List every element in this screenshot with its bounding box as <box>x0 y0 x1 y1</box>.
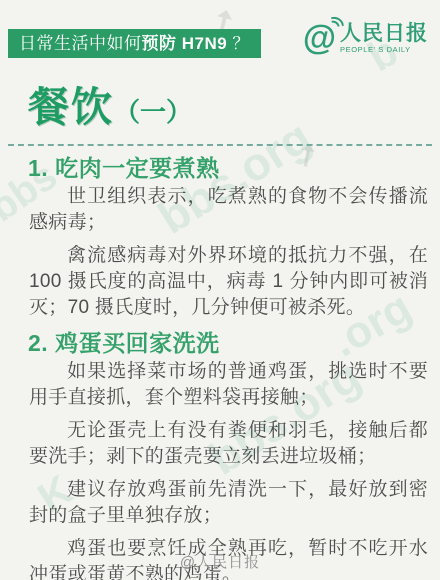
footer-credit: @人民日报 <box>0 551 440 572</box>
logo-subtitle: PEOPLE' S DAILY <box>340 45 428 54</box>
tip-paragraph: 世卫组织表示，吃煮熟的食物不会传播流感病毒； <box>29 184 428 236</box>
dashed-divider <box>8 144 432 146</box>
tip-paragraph: 无论蛋壳上有没有粪便和羽毛，接触后都要洗手；剥下的蛋壳要立刻丢进垃圾桶； <box>29 418 428 470</box>
tip-paragraph: 建议存放鸡蛋前先清洗一下，最好放到密封的盒子里单独存放； <box>29 477 428 529</box>
peoples-daily-logo: @ 人民日报 PEOPLE' S DAILY <box>303 18 428 58</box>
footer-logo-text: @人民日报 <box>180 554 260 571</box>
at-glyph: @ <box>303 19 336 57</box>
logo-text: 人民日报 PEOPLE' S DAILY <box>340 18 428 54</box>
at-sign-icon: @ <box>303 18 336 58</box>
infographic-page: bbs.org bbs .org bbs.org b K ⭡ ⭡ 日常生活中如何… <box>0 0 440 580</box>
section-title: 餐饮（一） <box>28 86 440 138</box>
logo-name: 人民日报 <box>340 23 428 45</box>
section-title-main: 餐饮 <box>28 84 114 130</box>
header: 日常生活中如何预防 H7N9 ？ @ 人民日报 PEOPLE' S DAILY <box>0 0 440 70</box>
tip-heading-1: 1. 吃肉一定要煮熟 <box>28 155 428 181</box>
banner-text: 日常生活中如何 <box>19 34 142 53</box>
banner-question-mark: ？ <box>227 34 250 53</box>
section-title-number: （一） <box>114 97 192 127</box>
signal-wave-icon <box>331 15 344 28</box>
header-banner: 日常生活中如何预防 H7N9 ？ <box>8 29 261 58</box>
article: 1. 吃肉一定要煮熟 世卫组织表示，吃煮熟的食物不会传播流感病毒； 禽流感病毒对… <box>0 155 440 580</box>
banner-text-bold: 预防 H7N9 <box>142 34 228 53</box>
tip-paragraph: 如果选择菜市场的普通鸡蛋，挑选时不要用手直接抓，套个塑料袋再接触； <box>29 359 428 411</box>
tip-heading-2: 2. 鸡蛋买回家洗洗 <box>28 330 428 356</box>
tip-paragraph: 禽流感病毒对外界环境的抵抗力不强，在100 摄氏度的高温中，病毒 1 分钟内即可… <box>29 243 428 321</box>
